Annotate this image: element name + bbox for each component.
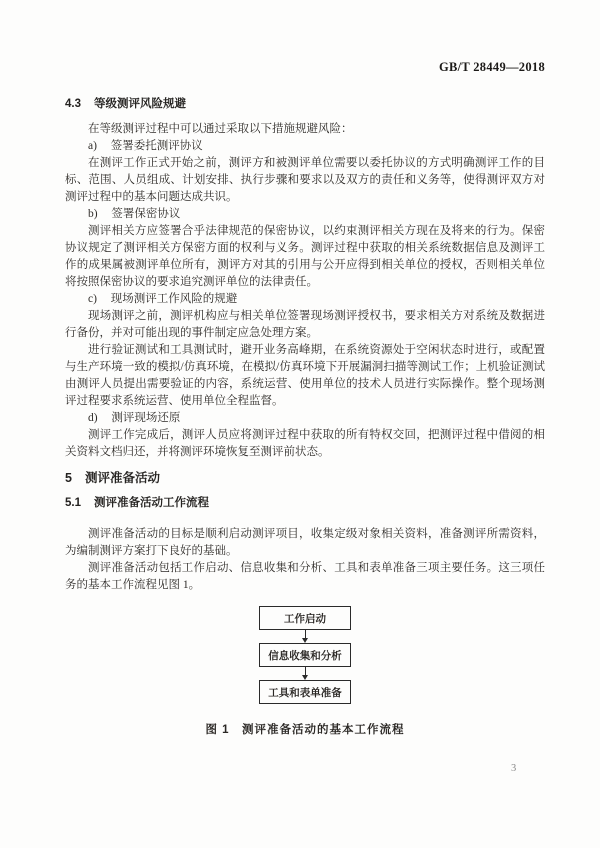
standard-number: GB/T 28449—2018 [439, 60, 545, 75]
flow-node-label: 信息收集和分析 [268, 648, 342, 663]
paragraph-c-2: 进行验证测试和工具测试时，避开业务高峰期，在系统资源处于空闲状态时进行，或配置与… [65, 342, 545, 410]
figure-flowchart: 工作启动 信息收集和分析 工具和表单准备 [65, 606, 545, 704]
page-content: 4.3等级测评风险规避 在等级测评过程中可以通过采取以下措施规避风险： a)签署… [65, 97, 545, 737]
section-heading-5: 5测评准备活动 [65, 470, 545, 486]
paragraph-5-1-1: 测评准备活动的目标是顺利启动测评项目，收集定级对象相关资料，准备测评所需资料，为… [65, 526, 545, 560]
paragraph-b-1: 测评相关方应签署合乎法律规范的保密协议，以约束测评相关方现在及将来的行为。保密协… [65, 223, 545, 291]
list-item-d: d)测评现场还原 [65, 410, 545, 427]
section-heading-5-1: 5.1测评准备活动工作流程 [65, 496, 545, 511]
list-item-a: a)签署委托测评协议 [65, 138, 545, 155]
list-label: b) [88, 208, 98, 220]
paragraph-a-1: 在测评工作正式开始之前，测评方和被测评单位需要以委托协议的方式明确测评工作的目标… [65, 155, 545, 206]
list-item-title: 签署保密协议 [111, 208, 180, 220]
section-title: 测评准备活动 [85, 471, 160, 485]
list-label: a) [88, 140, 97, 152]
figure-caption: 图 1 测评准备活动的基本工作流程 [65, 721, 545, 737]
section-title: 等级测评风险规避 [94, 98, 186, 110]
list-item-title: 测评现场还原 [111, 412, 180, 424]
section-title: 测评准备活动工作流程 [94, 497, 209, 509]
down-arrow-icon [302, 630, 308, 643]
document-page: GB/T 28449—2018 4.3等级测评风险规避 在等级测评过程中可以通过… [0, 0, 600, 848]
paragraph-c-1: 现场测评之前，测评机构应与相关单位签署现场测评授权书，要求相关方对系统及数据进行… [65, 308, 545, 342]
flow-node-work-start: 工作启动 [259, 606, 351, 630]
section-number: 5 [65, 471, 72, 485]
paragraph-d-1: 测评工作完成后，测评人员应将测评过程中获取的所有特权交回，把测评过程中借阅的相关… [65, 427, 545, 461]
flow-node-label: 工具和表单准备 [268, 685, 342, 700]
list-label: d) [88, 412, 98, 424]
list-label: c) [88, 293, 97, 305]
paragraph-5-1-2: 测评准备活动包括工作启动、信息收集和分析、工具和表单准备三项主要任务。这三项任务… [65, 560, 545, 594]
intro-paragraph: 在等级测评过程中可以通过采取以下措施规避风险： [65, 121, 545, 138]
flow-node-label: 工作启动 [284, 611, 326, 626]
list-item-title: 签署委托测评协议 [111, 140, 203, 152]
page-number: 3 [511, 763, 516, 774]
list-item-title: 现场测评工作风险的规避 [111, 293, 238, 305]
section-heading-4-3: 4.3等级测评风险规避 [65, 97, 545, 112]
list-item-b: b)签署保密协议 [65, 206, 545, 223]
flow-node-tools-forms: 工具和表单准备 [259, 680, 351, 704]
section-number: 4.3 [65, 98, 81, 110]
flow-node-info-collection: 信息收集和分析 [259, 643, 351, 667]
list-item-c: c)现场测评工作风险的规避 [65, 291, 545, 308]
down-arrow-icon [302, 667, 308, 680]
section-number: 5.1 [65, 497, 81, 509]
